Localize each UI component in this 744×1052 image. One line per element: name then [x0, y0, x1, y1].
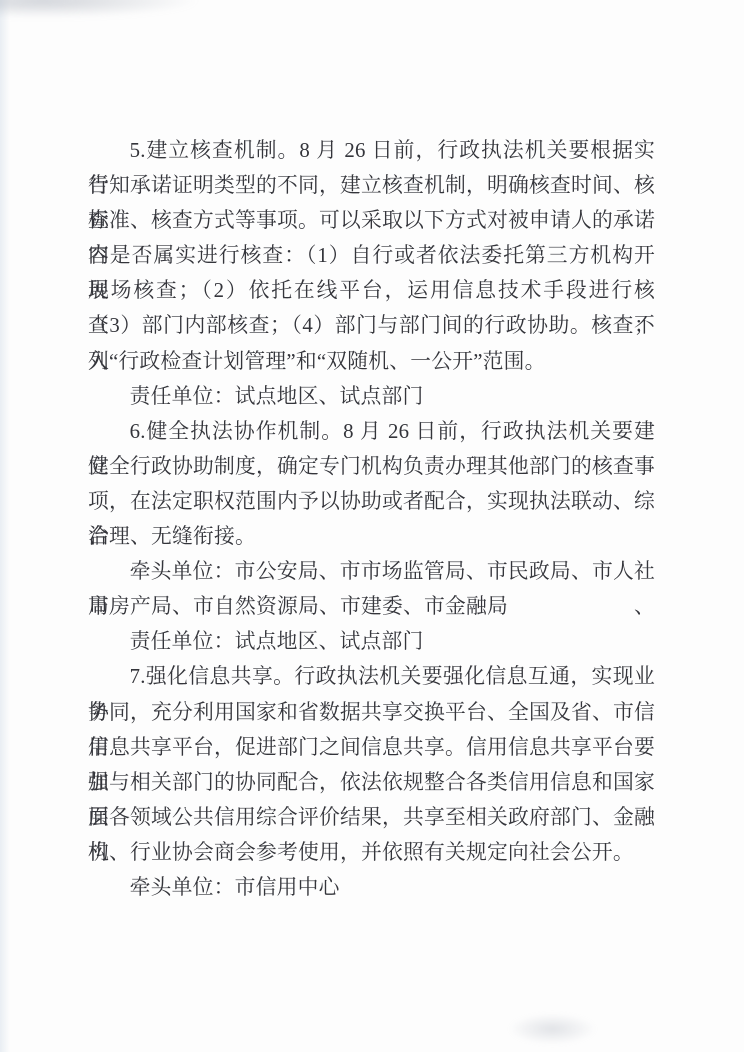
scan-smudge-top-left	[0, 0, 200, 18]
text-line: 健全行政协助制度，确定专门机构负责办理其他部门的核查事	[88, 449, 655, 484]
text-line: 现场核查；（2）依托在线平台，运用信息技术手段进行核查；	[88, 273, 655, 308]
item-6-enforcement-cooperation: 6.健全执法协作机制。8 月 26 日前，行政执法机关要建立健全行政协助制度，确…	[88, 414, 655, 554]
item-6-responsible-unit: 责任单位：试点地区、试点部门	[88, 624, 655, 659]
text-line: 责任单位：试点地区、试点部门	[88, 624, 655, 659]
text-line: 面各领域公共信用综合评价结果，共享至相关政府部门、金融机	[88, 800, 655, 835]
text-line: 6.健全执法协作机制。8 月 26 日前，行政执法机关要建立	[88, 414, 655, 449]
text-line: 5.建立核查机制。8 月 26 日前，行政执法机关要根据实行	[88, 133, 655, 168]
text-line: 协同，充分利用国家和省数据共享交换平台、全国及省、市信用	[88, 695, 655, 730]
text-line: 牵头单位：市信用中心	[88, 870, 655, 905]
text-line: 项，在法定职权范围内予以协助或者配合，实现执法联动、综合	[88, 484, 655, 519]
text-line: （3）部门内部核查；（4）部门与部门间的行政协助。核查不列	[88, 308, 655, 343]
text-line: 容是否属实进行核查：（1）自行或者依法委托第三方机构开展	[88, 238, 655, 273]
text-line: 标准、核查方式等事项。可以采取以下方式对被申请人的承诺内	[88, 203, 655, 238]
item-5-verification-mechanism: 5.建立核查机制。8 月 26 日前，行政执法机关要根据实行告知承诺证明类型的不…	[88, 133, 655, 379]
text-line: 强与相关部门的协同配合，依法依规整合各类信用信息和国家层	[88, 765, 655, 800]
scanned-page: 5.建立核查机制。8 月 26 日前，行政执法机关要根据实行告知承诺证明类型的不…	[0, 0, 744, 1052]
text-line: 告知承诺证明类型的不同，建立核查机制，明确核查时间、核查	[88, 168, 655, 203]
scan-smudge-bottom	[505, 1012, 600, 1046]
item-7-information-sharing: 7.强化信息共享。行政执法机关要强化信息互通，实现业务协同，充分利用国家和省数据…	[88, 659, 655, 870]
text-line: 治理、无缝衔接。	[88, 519, 655, 554]
document-body: 5.建立核查机制。8 月 26 日前，行政执法机关要根据实行告知承诺证明类型的不…	[88, 133, 655, 905]
text-line: 构、行业协会商会参考使用，并依照有关规定向社会公开。	[88, 835, 655, 870]
item-6-lead-unit: 牵头单位：市公安局、市市场监管局、市民政局、市人社局、市房产局、市自然资源局、市…	[88, 554, 655, 624]
item-5-responsible-unit: 责任单位：试点地区、试点部门	[88, 379, 655, 414]
text-line: 责任单位：试点地区、试点部门	[88, 379, 655, 414]
text-line: 信息共享平台，促进部门之间信息共享。信用信息共享平台要加	[88, 730, 655, 765]
item-7-lead-unit: 牵头单位：市信用中心	[88, 870, 655, 905]
scan-edge-artifact-left	[0, 0, 10, 1052]
text-line: 牵头单位：市公安局、市市场监管局、市民政局、市人社局、	[88, 554, 655, 589]
text-line: 入“行政检查计划管理”和“双随机、一公开”范围。	[88, 344, 655, 379]
text-line: 7.强化信息共享。行政执法机关要强化信息互通，实现业务	[88, 659, 655, 694]
